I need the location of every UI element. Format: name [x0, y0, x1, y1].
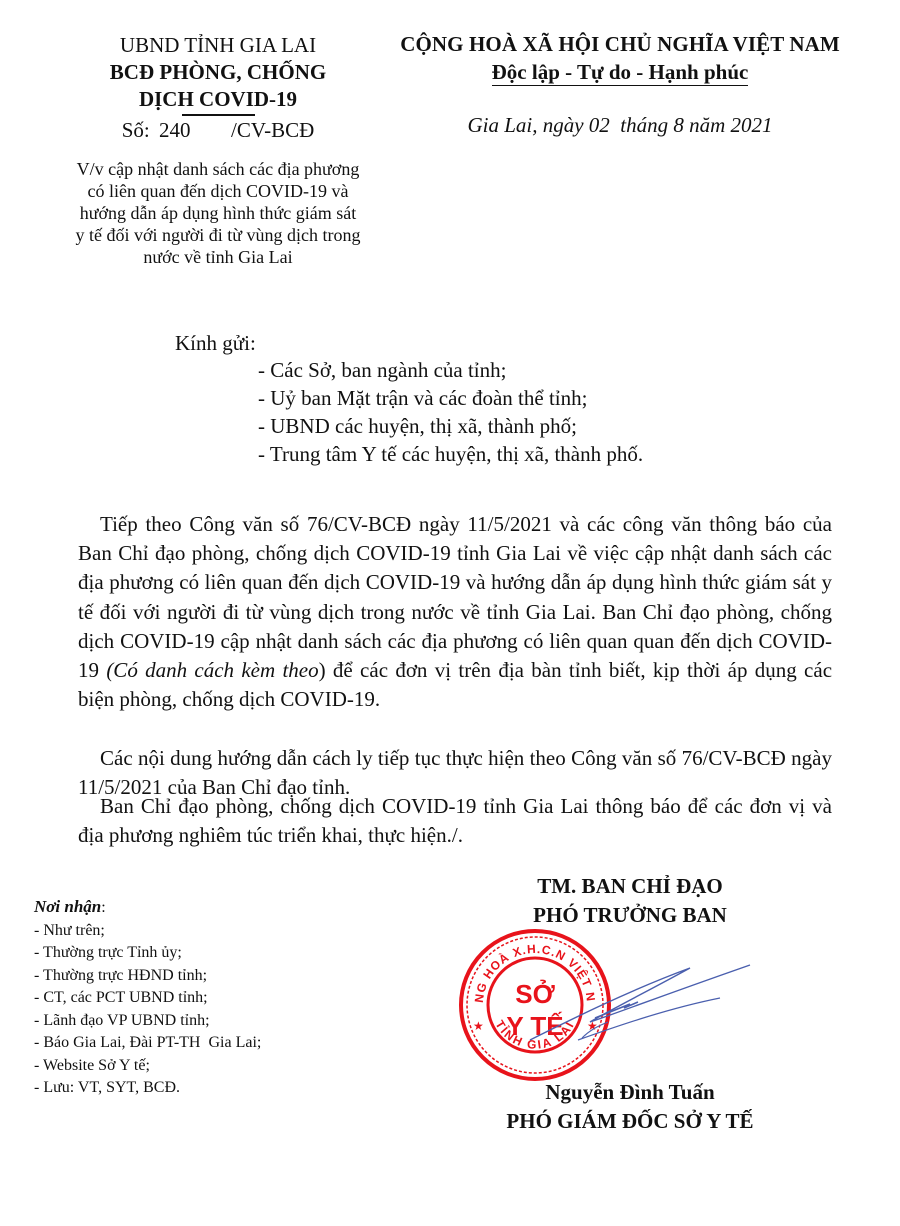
attachment-note: (Có danh cách kèm theo	[106, 658, 318, 682]
addressee-item: - Uỷ ban Mặt trận và các đoàn thể tỉnh;	[258, 384, 643, 412]
subject-line: V/v cập nhật danh sách các địa phương	[62, 158, 374, 180]
subject-line: hướng dẫn áp dụng hình thức giám sát	[62, 202, 374, 224]
national-header: CỘNG HOÀ XÃ HỘI CHỦ NGHĨA VIỆT NAM Độc l…	[370, 30, 870, 86]
motto-text: Độc lập - Tự do - Hạnh phúc	[492, 60, 749, 86]
svg-text:★: ★	[473, 1019, 484, 1033]
recipient-item: - CT, các PCT UBND tỉnh;	[34, 987, 261, 1010]
org-line-3: DỊCH COVID-19	[62, 86, 374, 113]
recipient-item: - Như trên;	[34, 920, 261, 943]
on-behalf-line: TM. BAN CHỈ ĐẠO	[440, 872, 820, 901]
subject-line: y tế đối với người đi từ vùng dịch trong	[62, 224, 374, 246]
handwritten-signature-icon	[520, 960, 760, 1050]
paragraph-text: Tiếp theo Công văn số 76/CV-BCĐ ngày 11/…	[78, 512, 832, 682]
recipient-item: - Lưu: VT, SYT, BCĐ.	[34, 1077, 261, 1100]
org-line-1: UBND TỈNH GIA LAI	[62, 32, 374, 59]
subject-line: nước về tỉnh Gia Lai	[62, 246, 374, 268]
number-label: Số:	[122, 118, 150, 142]
recipient-item: - Website Sở Y tế;	[34, 1055, 261, 1078]
org-line-2: BCĐ PHÒNG, CHỐNG	[62, 59, 374, 86]
body-paragraph-3: Ban Chỉ đạo phòng, chống dịch COVID-19 t…	[78, 792, 832, 850]
nation-title: CỘNG HOÀ XÃ HỘI CHỦ NGHĨA VIỆT NAM	[370, 30, 870, 58]
signer-block: Nguyễn Đình Tuấn PHÓ GIÁM ĐỐC SỞ Y TẾ	[440, 1078, 820, 1136]
recipient-item: - Lãnh đạo VP UBND tỉnh;	[34, 1010, 261, 1033]
recipient-item: - Thường trực HĐND tỉnh;	[34, 965, 261, 988]
date-line: Gia Lai, ngày 02 tháng 8 năm 2021	[370, 113, 870, 138]
document-subject: V/v cập nhật danh sách các địa phương có…	[62, 158, 374, 268]
recipients-colon: :	[101, 899, 105, 916]
addressee-item: - UBND các huyện, thị xã, thành phố;	[258, 412, 643, 440]
number-suffix: /CV-BCĐ	[231, 118, 314, 142]
number-value: 240	[155, 116, 231, 144]
body-paragraph-1: Tiếp theo Công văn số 76/CV-BCĐ ngày 11/…	[78, 510, 832, 714]
national-motto: Độc lập - Tự do - Hạnh phúc	[370, 58, 870, 86]
subject-line: có liên quan đến dịch COVID-19 và	[62, 180, 374, 202]
addressee-item: - Các Sở, ban ngành của tỉnh;	[258, 356, 643, 384]
paragraph-text: Ban Chỉ đạo phòng, chống dịch COVID-19 t…	[78, 794, 832, 847]
header-underline	[182, 114, 255, 116]
issuing-authority: UBND TỈNH GIA LAI BCĐ PHÒNG, CHỐNG DỊCH …	[62, 32, 374, 144]
recipients-list: Nơi nhận: - Như trên; - Thường trực Tỉnh…	[34, 896, 261, 1100]
addressee-label: Kính gửi:	[175, 331, 256, 356]
addressee-item: - Trung tâm Y tế các huyện, thị xã, thàn…	[258, 440, 643, 468]
signer-title: PHÓ GIÁM ĐỐC SỞ Y TẾ	[440, 1107, 820, 1136]
document-number: Số: 240/CV-BCĐ	[62, 116, 374, 144]
signature-heading: TM. BAN CHỈ ĐẠO PHÓ TRƯỞNG BAN	[440, 872, 820, 930]
recipient-item: - Báo Gia Lai, Đài PT-TH Gia Lai;	[34, 1032, 261, 1055]
signer-name: Nguyễn Đình Tuấn	[440, 1078, 820, 1107]
recipients-title: Nơi nhận	[34, 897, 101, 916]
recipient-item: - Thường trực Tỉnh ủy;	[34, 942, 261, 965]
addressee-list: - Các Sở, ban ngành của tỉnh; - Uỷ ban M…	[258, 356, 643, 468]
